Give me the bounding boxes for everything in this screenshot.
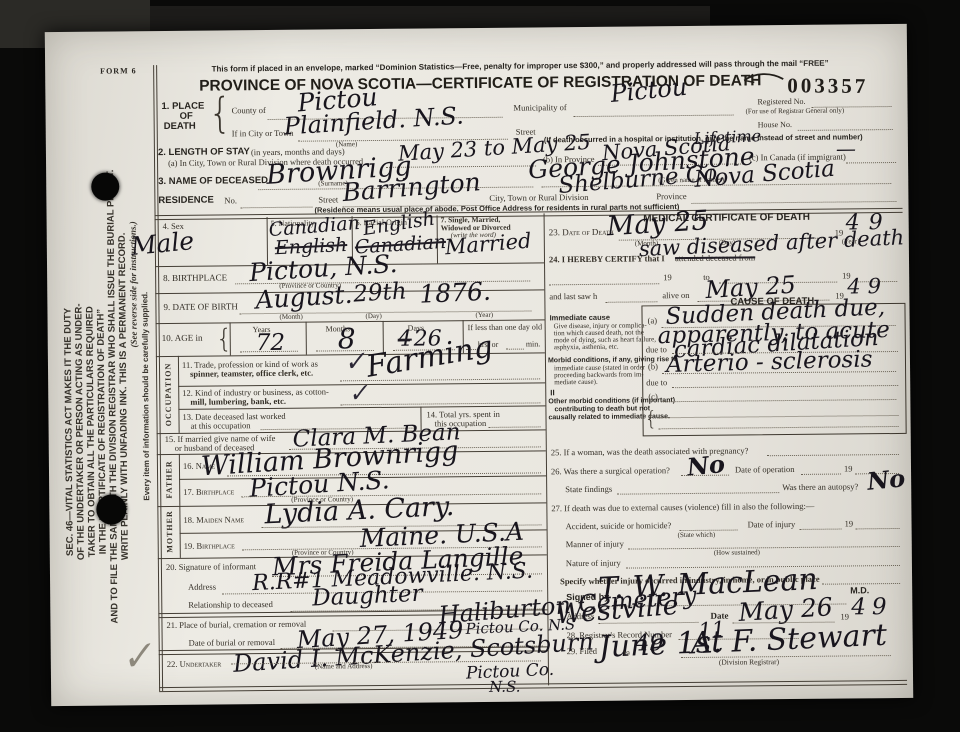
s10-label: 10. AGE in <box>162 334 203 344</box>
s1-municipality-value: Pictou <box>609 75 688 106</box>
s1-municipality-line <box>574 114 734 118</box>
serial-number: 003357 <box>787 73 868 99</box>
father-vertical-label: FATHER <box>164 454 173 504</box>
s9-month-sub: (Month) <box>280 314 303 322</box>
med-29-year: 49 <box>635 632 665 655</box>
med-26-label: 26. Was there a surgical operation? <box>551 466 670 476</box>
med-24-lastsaw: and last saw h <box>549 292 597 301</box>
cause-due1: due to <box>646 345 667 354</box>
s2-c-value: — <box>836 138 856 158</box>
page-title: PROVINCE OF NOVA SCOTIA—CERTIFICATE OF R… <box>175 72 785 96</box>
mother-maiden-label: 18. Maiden Name <box>183 515 244 525</box>
s4-value: Male <box>130 228 195 259</box>
s1-municipality-label: Municipality of <box>513 103 566 112</box>
s3-head: 3. NAME OF DECEASED <box>158 176 268 187</box>
s21-date-label: Date of burial or removal <box>189 638 275 648</box>
med-26-find-label: State findings <box>565 485 612 494</box>
s1-death-label: DEATH <box>164 122 196 132</box>
occ-11-value: Farming <box>364 332 495 383</box>
res-province-line <box>691 200 896 204</box>
med-26-autopsy-label: Was there an autopsy? <box>782 482 858 492</box>
cause-imm-4: asphyxia, asthenia, etc. <box>554 344 619 352</box>
s1-brace: { <box>208 94 231 136</box>
s9-year-sub: (Year) <box>475 312 493 320</box>
cause-a-label: (a) <box>648 316 658 325</box>
med-27-how-sub: (How sustained) <box>714 549 760 557</box>
s9-month-value: August. <box>255 282 353 313</box>
s20-addr-label: Address <box>188 583 216 592</box>
form-left-border-inner <box>156 65 163 691</box>
res-no-line <box>240 206 312 209</box>
s20-rel-label: Relationship to deceased <box>188 600 273 610</box>
occ-13-label-b: at this occupation <box>191 421 251 430</box>
med-26-find-line <box>617 491 779 495</box>
s22-value-3: N.S. <box>489 680 521 695</box>
occ-strip-line <box>178 356 180 433</box>
s22-label: 22. Undertaker <box>167 659 221 668</box>
med-27-manner-label: Manner of injury <box>566 540 624 549</box>
occ-11-label-b: spinner, teamster, office clerk, etc. <box>190 369 313 379</box>
res-no-label: No. <box>224 196 237 205</box>
cause-c-label: (c) <box>648 392 658 401</box>
s1-registered-label: Registered No. <box>757 98 805 107</box>
med-25-line <box>767 453 899 456</box>
med-26-19: 19 <box>844 464 853 473</box>
med-27-specify-line <box>822 582 900 585</box>
res-street-label: Street <box>318 195 338 204</box>
med-29-label: 29. Filed <box>567 647 597 656</box>
form-number: FORM 6 <box>100 67 137 76</box>
father-bp-label: 17. Birthplace <box>183 487 234 496</box>
s22-sub: (Name and Address) <box>315 663 373 671</box>
s20-label: 20. Signature of informant <box>166 562 256 572</box>
mother-vertical-label: MOTHER <box>165 504 175 558</box>
res-province-label: Province <box>656 192 686 201</box>
s10-min-label: min. <box>526 340 541 349</box>
s10-years-line <box>240 350 298 353</box>
s1-registered-sub: (For use of Registrar General only) <box>746 107 845 115</box>
mother-bp-label: 19. Birthplace <box>184 541 235 550</box>
cause-oth-2: contributing to death but not <box>554 405 650 413</box>
med-27-state-sub: (State which) <box>678 532 716 540</box>
rule-bottom <box>159 680 907 692</box>
s1-house-label: House No. <box>758 121 792 130</box>
med-27-19: 19 <box>844 519 853 528</box>
occ-12-check: ✓ <box>347 380 370 406</box>
occupation-vertical-label: OCCUPATION <box>163 359 173 429</box>
med-26-date-label: Date of operation <box>735 465 795 474</box>
med-27-label: 27. If death was due to external causes … <box>551 502 814 513</box>
age-div-2 <box>306 322 307 355</box>
med-24-19b: 19 <box>663 273 672 282</box>
cause-other-brace: { <box>644 408 657 428</box>
med-27-dateinj-line <box>800 528 842 530</box>
med-27-nature-label: Nature of injury <box>566 559 621 568</box>
s9-label: 9. DATE OF BIRTH <box>163 302 238 312</box>
cause-sep: II <box>550 389 555 397</box>
s1-county-label: County of <box>232 106 266 115</box>
s1-house-line <box>798 128 893 131</box>
occ-14-line <box>489 425 541 427</box>
med-26-line-b <box>801 473 841 475</box>
s9-year-value: 1876. <box>419 279 492 307</box>
s9-day-sub: (Day) <box>365 313 381 321</box>
med-26-autopsy-value: No <box>866 466 906 494</box>
med-29-sub: (Division Registrar) <box>719 658 779 666</box>
stray-checkmark: ✓ <box>118 635 155 677</box>
punch-hole-bottom <box>96 494 126 524</box>
cause-morb-4: mediate cause). <box>554 379 598 387</box>
s10-min-line <box>506 348 524 350</box>
s2-c-line <box>846 161 896 163</box>
med-date-year: 49 <box>851 596 893 619</box>
s8-label: 8. BIRTHPLACE <box>163 273 227 283</box>
med-27-19-line <box>856 527 900 529</box>
med-29-19: 19 <box>623 651 630 658</box>
med-23-label: 23. Date of Death <box>549 228 614 238</box>
res-head: RESIDENCE <box>158 196 214 207</box>
cause-due2: due to <box>646 378 667 387</box>
s21-label: 21. Place of burial, cremation or remova… <box>166 620 306 630</box>
med-addr-line <box>598 621 698 624</box>
serial-arrow-icon <box>739 69 785 87</box>
punch-hole-top <box>91 172 119 200</box>
cause-b-label: (b) <box>648 362 658 371</box>
med-27-dateinj-label: Date of injury <box>748 520 796 529</box>
s9-day-value: 29th <box>353 280 408 306</box>
s20-rel-value: Daughter <box>312 583 423 611</box>
occ-12-label-b: mill, lumbering, bank, etc. <box>190 397 286 407</box>
certificate-paper: SEC. 46—VITAL STATISTICS ACT MAKES IT TH… <box>45 24 913 706</box>
med-27-acc-label: Accident, suicide or homicide? <box>566 521 672 531</box>
med-24-line-a <box>549 282 659 285</box>
s7-value: Married <box>444 231 532 259</box>
med-27-manner-line <box>628 545 900 550</box>
